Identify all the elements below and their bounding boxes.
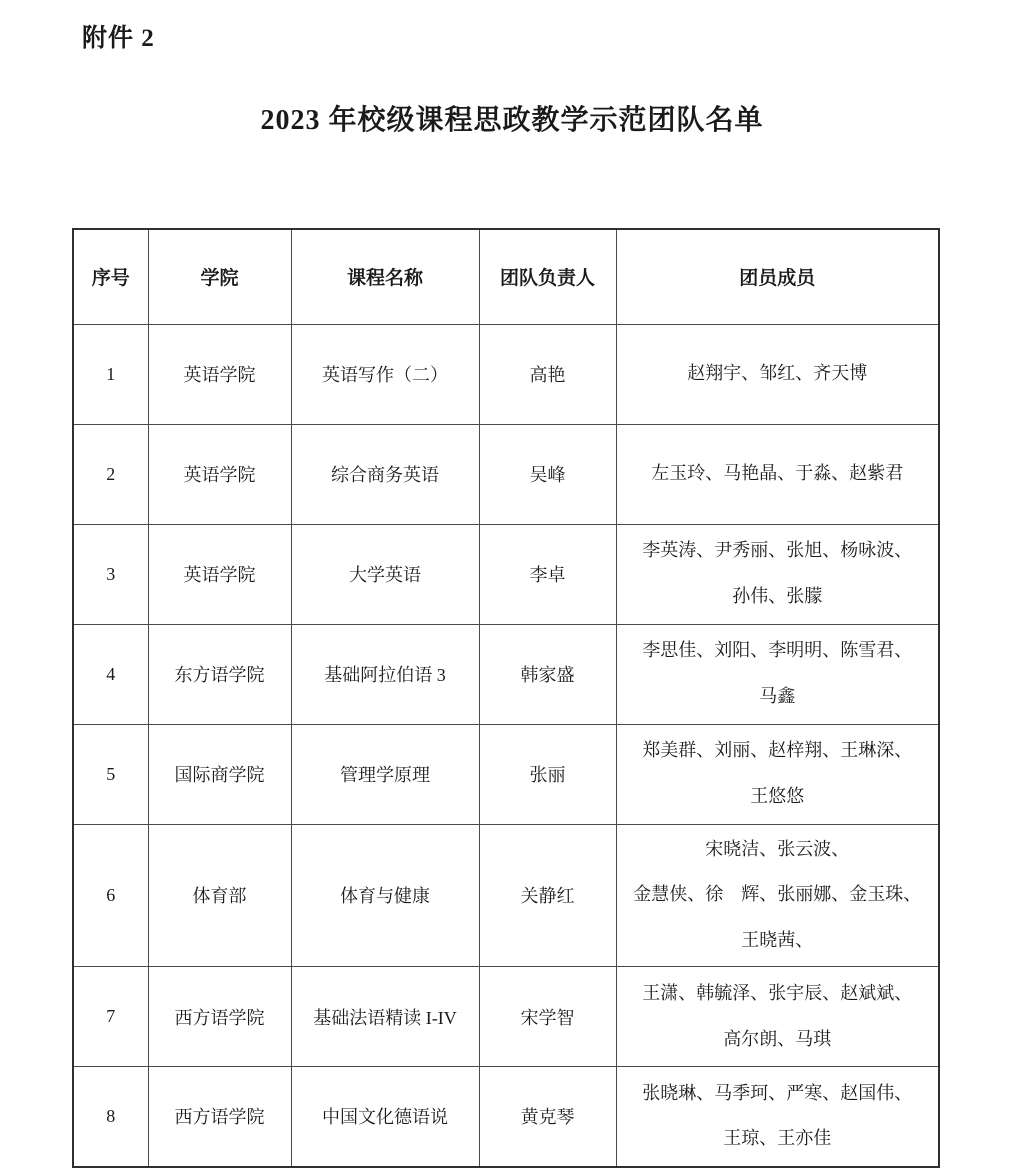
cell-course: 基础阿拉伯语 3 — [291, 624, 479, 724]
cell-course: 大学英语 — [291, 524, 479, 624]
table-row: 6 体育部 体育与健康 关静红 宋晓洁、张云波、 金慧侠、徐 辉、张丽娜、金玉珠… — [73, 824, 939, 967]
cell-course: 管理学原理 — [291, 724, 479, 824]
cell-members: 左玉玲、马艳晶、于淼、赵紫君 — [616, 424, 939, 524]
table-row: 5 国际商学院 管理学原理 张丽 郑美群、刘丽、赵梓翔、王琳深、 王悠悠 — [73, 724, 939, 824]
header-cell-leader: 团队负责人 — [479, 229, 616, 324]
header-cell-members: 团员成员 — [616, 229, 939, 324]
table-header-row: 序号 学院 课程名称 团队负责人 团员成员 — [73, 229, 939, 324]
cell-course: 英语写作（二） — [291, 324, 479, 424]
cell-college: 体育部 — [148, 824, 291, 967]
cell-college: 英语学院 — [148, 424, 291, 524]
cell-members: 赵翔宇、邹红、齐天博 — [616, 324, 939, 424]
table-row: 3 英语学院 大学英语 李卓 李英涛、尹秀丽、张旭、杨咏波、 孙伟、张朦 — [73, 524, 939, 624]
cell-leader: 吴峰 — [479, 424, 616, 524]
cell-leader: 李卓 — [479, 524, 616, 624]
cell-college: 英语学院 — [148, 324, 291, 424]
cell-course: 综合商务英语 — [291, 424, 479, 524]
table-row: 7 西方语学院 基础法语精读 I-IV 宋学智 王潇、韩毓泽、张宇辰、赵斌斌、 … — [73, 967, 939, 1067]
cell-members: 郑美群、刘丽、赵梓翔、王琳深、 王悠悠 — [616, 724, 939, 824]
cell-college: 国际商学院 — [148, 724, 291, 824]
cell-college: 东方语学院 — [148, 624, 291, 724]
cell-members: 宋晓洁、张云波、 金慧侠、徐 辉、张丽娜、金玉珠、 王晓茜、 — [616, 824, 939, 967]
cell-no: 2 — [73, 424, 148, 524]
cell-no: 5 — [73, 724, 148, 824]
table-row: 1 英语学院 英语写作（二） 高艳 赵翔宇、邹红、齐天博 — [73, 324, 939, 424]
page-title: 2023 年校级课程思政教学示范团队名单 — [0, 98, 1024, 138]
cell-no: 1 — [73, 324, 148, 424]
cell-members: 张晓琳、马季珂、严寒、赵国伟、 王琼、王亦佳 — [616, 1067, 939, 1167]
header-cell-course: 课程名称 — [291, 229, 479, 324]
attachment-label: 附件 2 — [82, 18, 155, 54]
table-row: 8 西方语学院 中国文化德语说 黄克琴 张晓琳、马季珂、严寒、赵国伟、 王琼、王… — [73, 1067, 939, 1167]
teams-table: 序号 学院 课程名称 团队负责人 团员成员 1 英语学院 英语写作（二） 高艳 … — [72, 228, 940, 1168]
cell-leader: 张丽 — [479, 724, 616, 824]
cell-course: 体育与健康 — [291, 824, 479, 967]
header-cell-no: 序号 — [73, 229, 148, 324]
cell-college: 西方语学院 — [148, 967, 291, 1067]
cell-course: 中国文化德语说 — [291, 1067, 479, 1167]
cell-no: 7 — [73, 967, 148, 1067]
cell-members: 王潇、韩毓泽、张宇辰、赵斌斌、 高尔朗、马琪 — [616, 967, 939, 1067]
cell-members: 李英涛、尹秀丽、张旭、杨咏波、 孙伟、张朦 — [616, 524, 939, 624]
document-page: 附件 2 2023 年校级课程思政教学示范团队名单 序号 学院 课程名称 团队负… — [0, 0, 1024, 1171]
cell-no: 4 — [73, 624, 148, 724]
cell-no: 3 — [73, 524, 148, 624]
cell-no: 8 — [73, 1067, 148, 1167]
cell-college: 西方语学院 — [148, 1067, 291, 1167]
cell-no: 6 — [73, 824, 148, 967]
table-row: 4 东方语学院 基础阿拉伯语 3 韩家盛 李思佳、刘阳、李明明、陈雪君、 马鑫 — [73, 624, 939, 724]
cell-course: 基础法语精读 I-IV — [291, 967, 479, 1067]
header-cell-college: 学院 — [148, 229, 291, 324]
cell-college: 英语学院 — [148, 524, 291, 624]
cell-leader: 关静红 — [479, 824, 616, 967]
cell-members: 李思佳、刘阳、李明明、陈雪君、 马鑫 — [616, 624, 939, 724]
cell-leader: 宋学智 — [479, 967, 616, 1067]
cell-leader: 高艳 — [479, 324, 616, 424]
table-row: 2 英语学院 综合商务英语 吴峰 左玉玲、马艳晶、于淼、赵紫君 — [73, 424, 939, 524]
cell-leader: 韩家盛 — [479, 624, 616, 724]
cell-leader: 黄克琴 — [479, 1067, 616, 1167]
